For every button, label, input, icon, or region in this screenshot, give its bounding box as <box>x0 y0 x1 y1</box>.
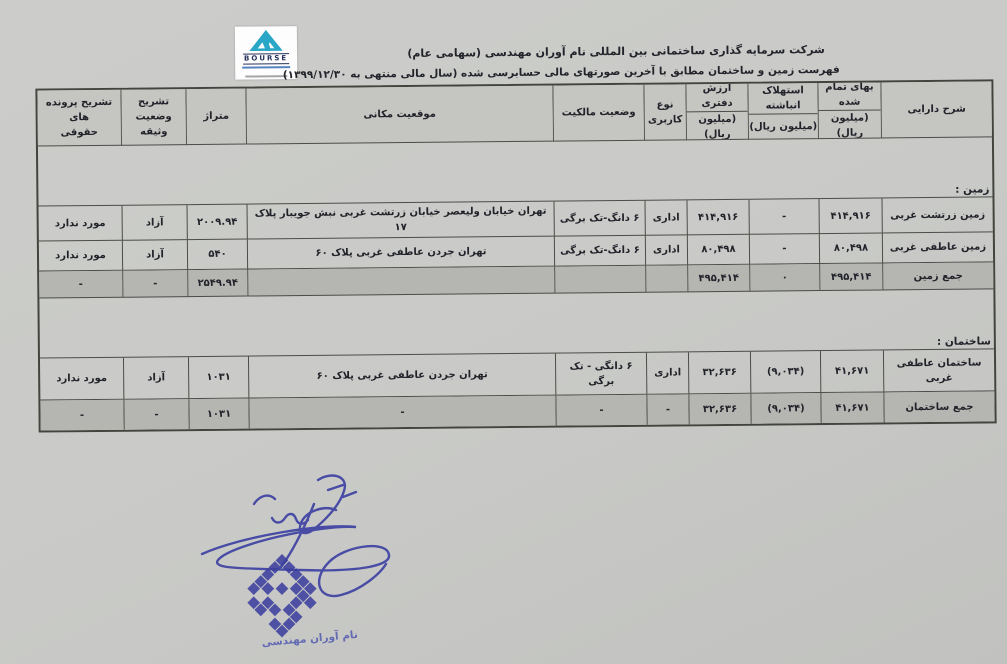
cell-cost: ۴۱,۶۷۱ <box>820 392 883 423</box>
cell-location: تهران خیابان ولیعصر خیابان زرتشت غربی نب… <box>247 202 554 240</box>
cell-legal: مورد ندارد <box>40 358 123 401</box>
cell-collateral: آزاد <box>123 357 188 400</box>
bourse24-triangle-icon <box>247 28 285 53</box>
cell-depreciation: (۹,۰۳۴) <box>750 351 820 394</box>
cell-ownership: ۶ دانگ-تک برگی <box>554 236 645 267</box>
cell-location: - <box>248 396 555 429</box>
cell-ownership <box>554 266 645 294</box>
cell-area: ۱۰۳۱ <box>188 357 248 400</box>
document-scan: BOURSE شرکت سرمایه گذاری ساختمانی بین ال… <box>0 0 1007 664</box>
document-subtitle: فهرست زمین و ساختمان مطابق با آخرین صورت… <box>283 64 840 81</box>
col-header-location: موقعیت مکانی <box>245 86 553 145</box>
col-header-area: متراژ <box>185 89 246 146</box>
section-label-land: زمین : <box>38 137 993 206</box>
col-header-cost: بهای تمام شده (میلیون ریال) <box>817 82 881 139</box>
cell-total-land-label: جمع زمین <box>882 262 993 290</box>
col-header-legal-cases: تشریح پرونده های حقوقی <box>37 90 121 147</box>
company-stamp: نام آوران مهندسی <box>220 548 350 663</box>
scanned-document-page: BOURSE شرکت سرمایه گذاری ساختمانی بین ال… <box>0 0 1007 664</box>
cell-depreciation: - <box>749 234 819 265</box>
col-header-ownership: وضعیت مالکیت <box>552 85 644 142</box>
cell-depreciation: ۰ <box>749 264 819 292</box>
cell-legal: مورد ندارد <box>39 241 122 272</box>
cell-total-building-label: جمع ساختمان <box>883 391 994 422</box>
cell-book-value: ۳۲,۶۳۶ <box>688 394 750 425</box>
cell-cost: ۴۹۵,۴۱۴ <box>819 263 882 291</box>
cell-usage: - <box>646 394 688 424</box>
cell-usage: اداری <box>644 200 686 235</box>
cell-collateral: - <box>123 399 188 430</box>
cell-ownership: ۶ دانگ-تک برگی <box>553 201 644 237</box>
section-label-building: ساختمان : <box>39 289 994 358</box>
cell-book-value: ۳۲,۶۳۶ <box>688 352 750 395</box>
cell-asset: زمین زرتشت غربی <box>881 197 992 233</box>
cell-asset: ساختمان عاطفی غربی <box>883 349 994 392</box>
cell-location <box>247 267 554 297</box>
cell-area: ۱۰۳۱ <box>188 399 248 430</box>
cell-cost: ۴۱۴,۹۱۶ <box>818 198 881 234</box>
cell-location: تهران جردن عاطفی غربی پلاک ۶۰ <box>248 354 555 399</box>
cell-collateral: - <box>122 270 187 298</box>
cell-collateral: آزاد <box>122 205 187 241</box>
col-header-collateral: تشریح وضعیت وثیقه <box>120 89 186 146</box>
col-header-depreciation: استهلاک انباشته (میلیون ریال) <box>747 83 818 140</box>
cell-depreciation: (۹,۰۳۴) <box>750 393 820 424</box>
cell-usage: اداری <box>646 352 688 394</box>
cell-book-value: ۸۰,۴۹۸ <box>687 235 749 266</box>
cell-depreciation: - <box>748 199 818 235</box>
cell-cost: ۸۰,۴۹۸ <box>819 233 882 264</box>
cell-legal: - <box>40 400 123 431</box>
cell-asset: زمین عاطفی غربی <box>882 232 993 263</box>
assets-table: شرح دارایی بهای تمام شده (میلیون ریال) ا… <box>35 79 996 432</box>
cell-usage: اداری <box>645 235 687 265</box>
bourse-footnote-bar <box>245 75 287 77</box>
cell-usage <box>645 265 687 292</box>
bourse-tagline-bar <box>242 66 290 68</box>
cell-cost: ۴۱,۶۷۱ <box>820 350 883 393</box>
cell-book-value: ۴۱۴,۹۱۶ <box>686 200 748 236</box>
cell-legal: مورد ندارد <box>39 206 122 242</box>
cell-legal: - <box>39 271 122 299</box>
col-header-book-value: ارزش دفتری (میلیون ریال) <box>685 84 748 141</box>
cell-location: تهران جردن عاطفی غربی پلاک ۶۰ <box>247 237 554 270</box>
col-header-usage-type: نوع کاربری <box>643 84 686 140</box>
col-header-asset: شرح دارایی <box>880 81 992 138</box>
cell-area: ۵۴۰ <box>187 240 247 271</box>
cell-ownership: - <box>555 395 646 426</box>
cell-ownership: ۶ دانگی - تک برگی <box>555 353 646 396</box>
company-title: شرکت سرمایه گذاری ساختمانی بین المللی نا… <box>407 43 825 60</box>
cell-area: ۲۰۰۹.۹۴ <box>187 205 247 241</box>
bourse-logo-text: BOURSE <box>243 53 289 64</box>
cell-area: ۲۵۴۹.۹۴ <box>187 270 247 298</box>
cell-collateral: آزاد <box>122 240 187 271</box>
cell-book-value: ۴۹۵,۴۱۴ <box>687 265 749 293</box>
